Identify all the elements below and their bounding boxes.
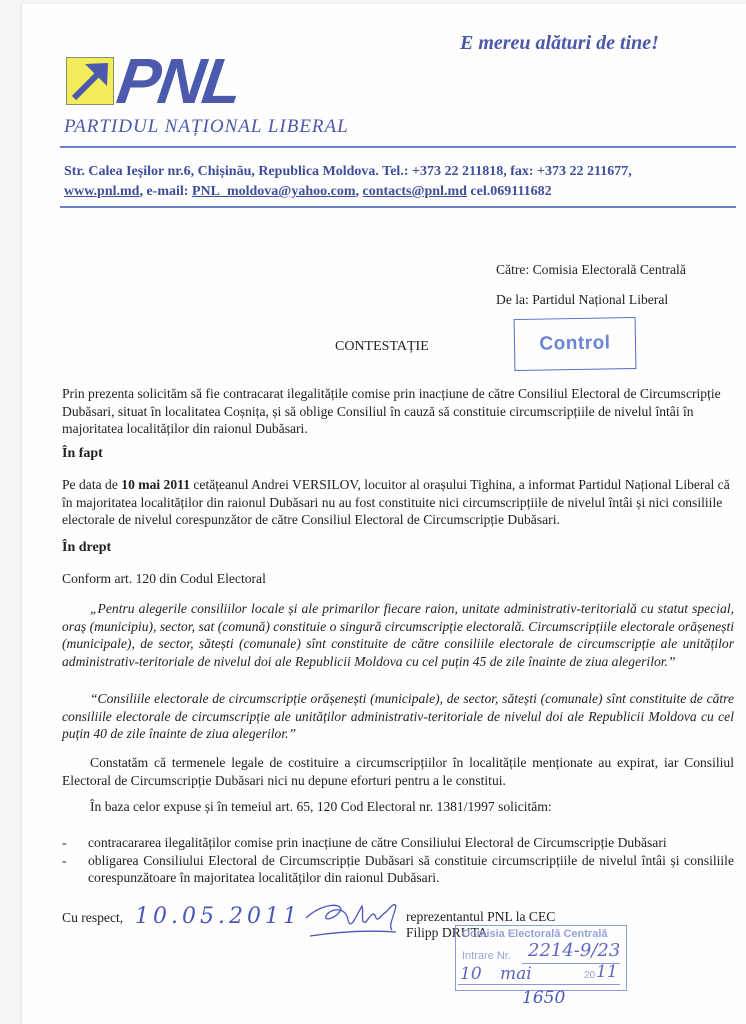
stamp-title: Comisia Electorală Centrală (462, 928, 608, 940)
stamp-day: 10 (460, 964, 482, 984)
finding-paragraph: Constatăm că termenele legale de costitu… (62, 754, 734, 789)
party-logo: PNL (113, 46, 245, 116)
request-item: obligarea Consiliului Electoral de Circu… (62, 852, 734, 887)
email-label: , e-mail: (139, 184, 191, 199)
requests-list: contracararea ilegalităților comise prin… (62, 834, 734, 887)
law-heading: În drept (62, 540, 111, 556)
handwritten-date: 10.05.2011 (135, 904, 301, 929)
fact-text-start: Pe data de (62, 477, 121, 492)
arrow-up-right-icon (66, 57, 114, 105)
phone-number: cel.069111682 (467, 184, 552, 199)
signature (296, 896, 408, 951)
salutation: Cu respect, (62, 910, 123, 926)
law-quote-2: “Consiliile electorale de circumscripție… (62, 690, 734, 743)
basis-paragraph: În baza celor expuse și în temeiul art. … (62, 798, 734, 816)
contact-divider (60, 206, 736, 208)
recipient-from: De la: Partidul Național Liberal (496, 292, 668, 308)
address-line: Str. Calea Ieșilor nr.6, Chișinău, Repub… (64, 162, 734, 182)
cec-registration-stamp: Comisia Electorală Centrală Intrare Nr. … (455, 925, 627, 991)
stamp-time: 1650 (522, 988, 565, 1008)
stamp-entry-number: 2214-9/23 (528, 940, 620, 961)
fact-date: 10 mai 2011 (121, 477, 190, 492)
contact-info: Str. Calea Ieșilor nr.6, Chișinău, Repub… (64, 162, 734, 202)
law-reference: Conform art. 120 din Codul Electoral (62, 570, 734, 588)
intro-paragraph: Prin prezenta solicităm să fie contracar… (62, 385, 734, 438)
signer-role: reprezentantul PNL la CEC (406, 909, 555, 925)
contact-links: www.pnl.md, e-mail: PNL_moldova@yahoo.co… (64, 182, 734, 202)
fact-paragraph: Pe data de 10 mai 2011 cetățeanul Andrei… (62, 476, 734, 529)
party-slogan: E mereu alături de tine! (460, 32, 659, 55)
law-quote-1: „Pentru alegerile consiliilor locale și … (62, 600, 734, 670)
party-name: PARTIDUL NAȚIONAL LIBERAL (64, 116, 349, 138)
stamp-year-suffix: 11 (596, 962, 618, 982)
email-link-2[interactable]: contacts@pnl.md (362, 184, 466, 199)
document-title: CONTESTAȚIE (335, 339, 429, 355)
control-stamp: Control (514, 317, 637, 371)
fact-heading: În fapt (62, 446, 103, 462)
stamp-entry-label: Intrare Nr. (462, 950, 511, 962)
email-link-1[interactable]: PNL_moldova@yahoo.com (192, 184, 356, 199)
header-divider (60, 146, 736, 148)
stamp-month: mai (500, 964, 532, 984)
recipient-to: Către: Comisia Electorală Centrală (496, 262, 686, 278)
stamp-date-line (458, 984, 620, 985)
website-link[interactable]: www.pnl.md (64, 184, 139, 199)
stamp-year-prefix: 20 (584, 970, 595, 981)
request-item: contracararea ilegalităților comise prin… (62, 834, 734, 852)
